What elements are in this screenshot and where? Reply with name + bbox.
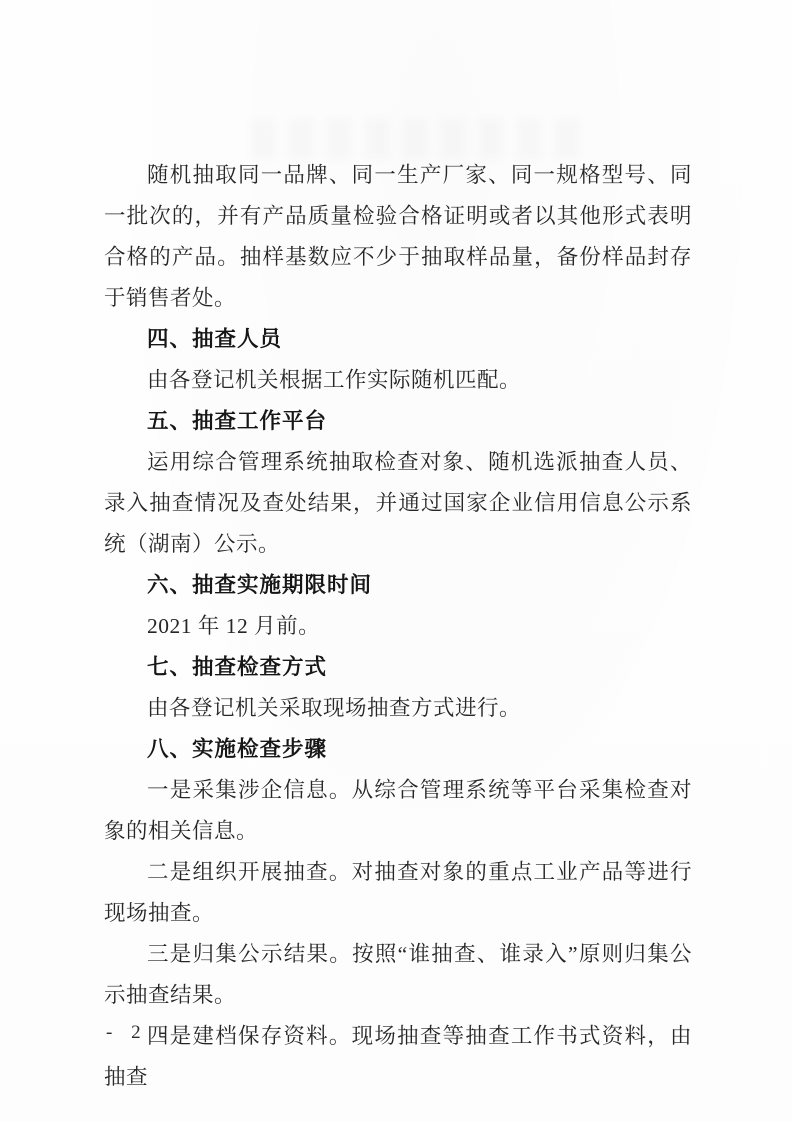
paragraph-sampling-requirements: 随机抽取同一品牌、同一生产厂家、同一规格型号、同一批次的，并有产品质量检验合格证…	[104, 155, 692, 319]
paragraph-onsite-method: 由各登记机关采取现场抽查方式进行。	[104, 688, 692, 729]
scanned-document-page: 随机抽取同一品牌、同一生产厂家、同一规格型号、同一批次的，并有产品质量检验合格证…	[0, 0, 792, 1121]
paragraph-platform-usage: 运用综合管理系统抽取检查对象、随机选派抽查人员、录入抽查情况及查处结果，并通过国…	[104, 442, 692, 565]
paragraph-step-3-publish-results: 三是归集公示结果。按照“谁抽查、谁录入”原则归集公示抽查结果。	[104, 934, 692, 1016]
heading-section-4-inspection-personnel: 四、抽查人员	[104, 319, 692, 360]
paragraph-deadline-date: 2021 年 12 月前。	[104, 606, 692, 647]
paragraph-step-2-conduct-inspection: 二是组织开展抽查。对抽查对象的重点工业产品等进行现场抽查。	[104, 852, 692, 934]
heading-section-8-implementation-steps: 八、实施检查步骤	[104, 729, 692, 770]
paragraph-step-1-collect-info: 一是采集涉企信息。从综合管理系统等平台采集检查对象的相关信息。	[104, 770, 692, 852]
paragraph-personnel-assignment: 由各登记机关根据工作实际随机匹配。	[104, 360, 692, 401]
heading-section-7-inspection-method: 七、抽查检查方式	[104, 647, 692, 688]
page-number: - 2 -	[106, 1018, 173, 1048]
paragraph-step-4-archive-materials: 四是建档保存资料。现场抽查等抽查工作书式资料，由抽查	[104, 1016, 692, 1098]
heading-section-6-implementation-deadline: 六、抽查实施期限时间	[104, 565, 692, 606]
scan-bleedthrough-artifact	[250, 118, 580, 160]
heading-section-5-work-platform: 五、抽查工作平台	[104, 401, 692, 442]
document-body: 随机抽取同一品牌、同一生产厂家、同一规格型号、同一批次的，并有产品质量检验合格证…	[104, 155, 692, 1098]
